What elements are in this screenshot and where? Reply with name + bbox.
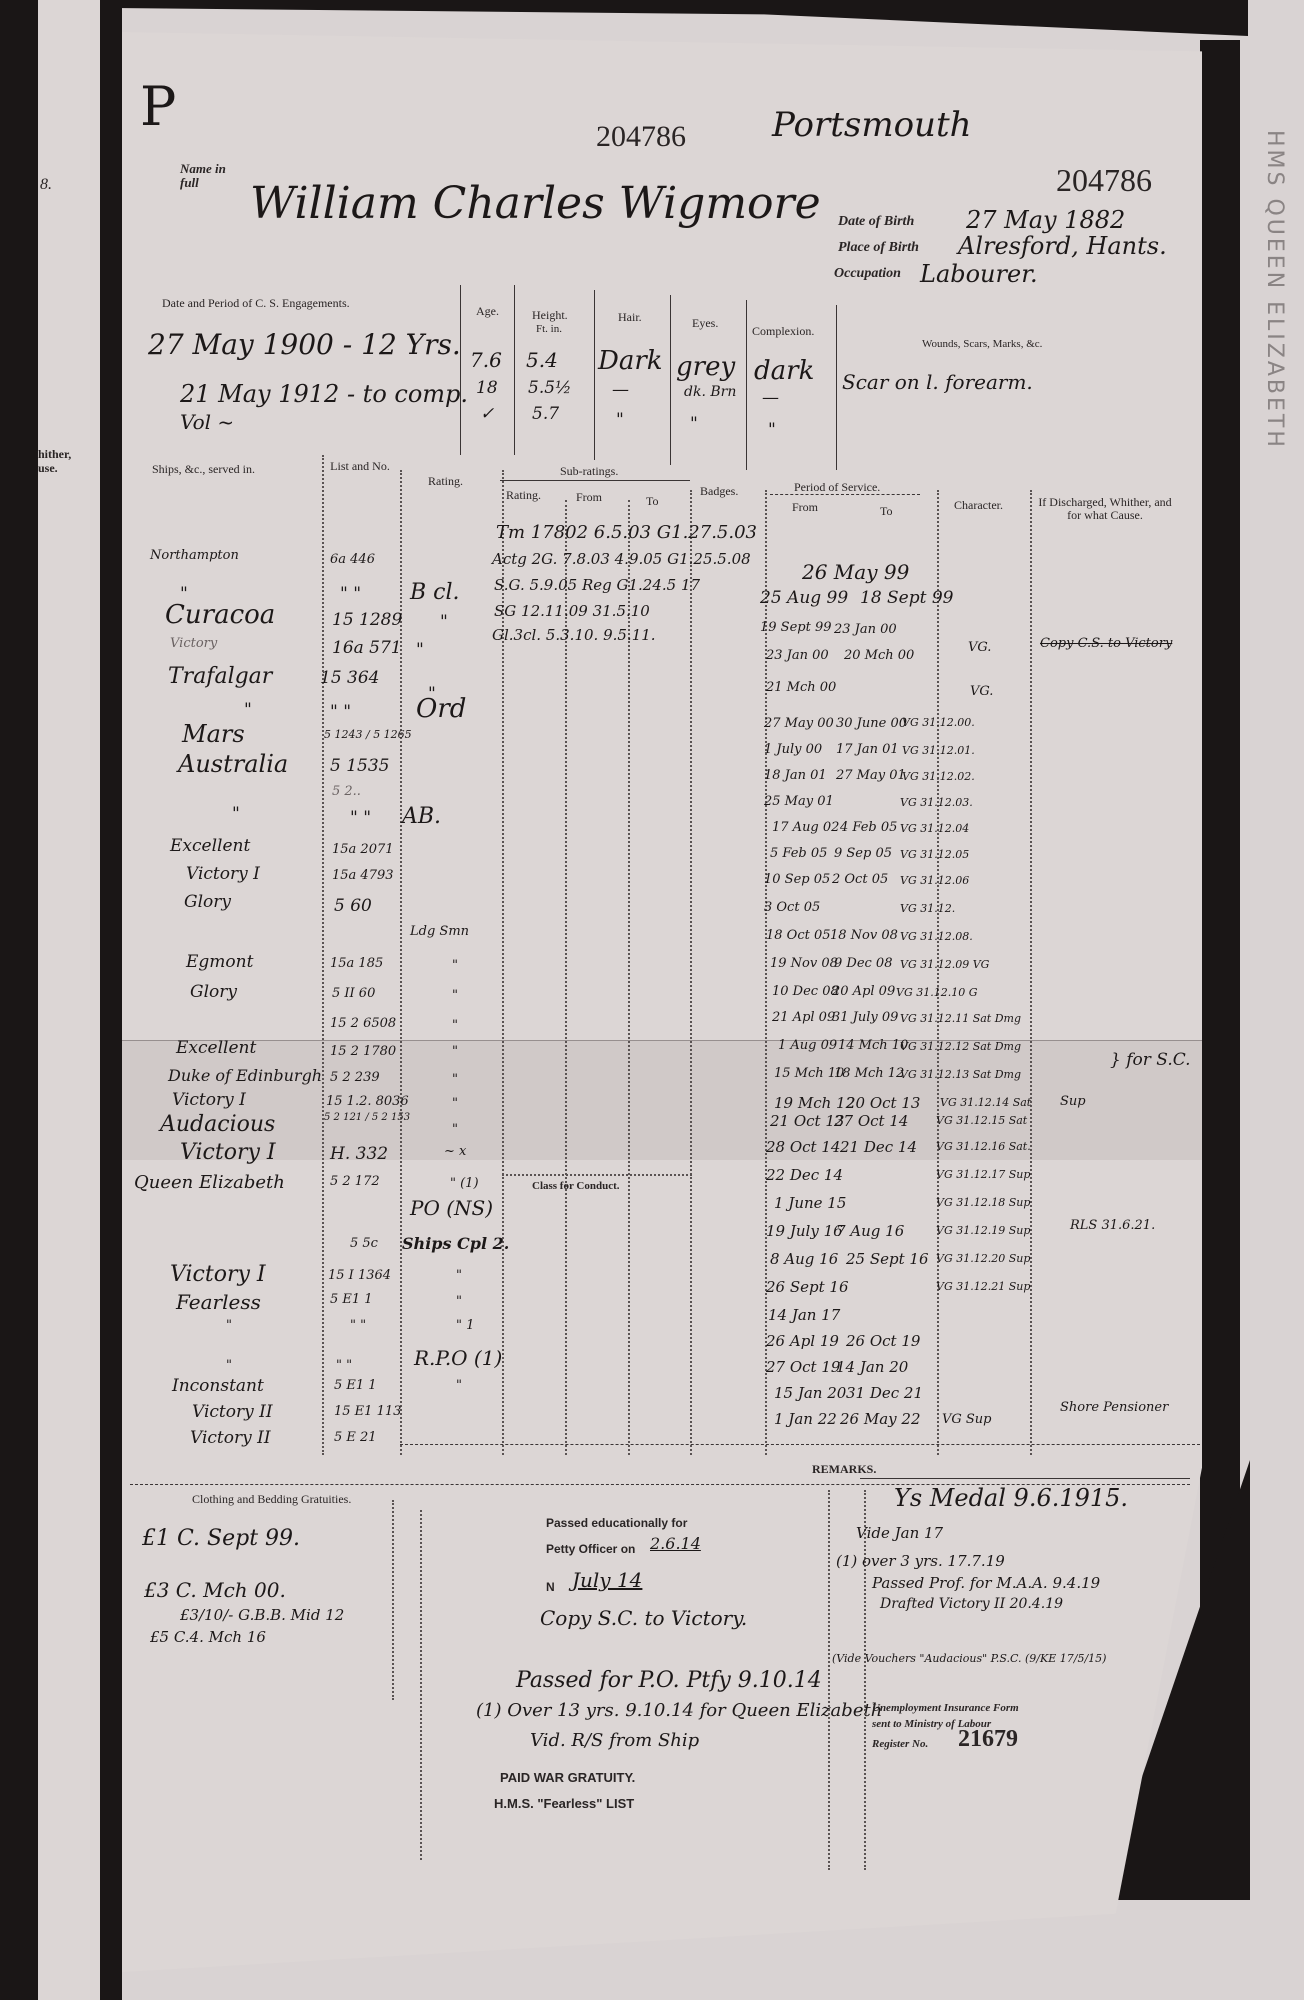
row-ship: " [226,1358,232,1373]
col-rule-badges [690,490,692,1455]
row-character: VG. [968,640,991,655]
conduct-box-rule [502,1174,692,1176]
row-to: 20 Oct 13 [846,1094,920,1112]
row-ship: Audacious [160,1112,275,1137]
row-to: 25 Sept 16 [846,1250,929,1268]
row-list: 15a 4793 [332,868,394,883]
row-ship: Fearless [176,1290,261,1314]
age-1: 7.6 [470,348,502,372]
row-list: 6a 446 [330,552,375,567]
row-from: 17 Aug 02 [772,820,839,835]
discharged-header: If Discharged, Whither, and for what Cau… [1030,496,1180,522]
sub-rating-col-header: Rating. [506,488,541,503]
list-no-header-text: List and No. [330,459,390,473]
row-rating: AB. [402,804,441,829]
row-character: VG 31.12.08. [900,930,973,943]
margin-ship-annotation: HMS QUEEN ELIZABETH [1262,130,1287,450]
row-character: VG 31.12.18 Sup [936,1196,1030,1209]
height-header: Height. [532,308,568,323]
list-no-header: List and No. [330,460,390,473]
row-remark: Shore Pensioner [1060,1400,1168,1415]
row-to: 20 Apl 09 [832,984,895,999]
row-to: 14 Jan 20 [836,1358,908,1376]
row-list: 15 E1 113 [334,1404,401,1419]
row-from: 10 Dec 08 [772,984,839,999]
row-ship: Australia [178,750,288,778]
col-rule-ships [322,455,324,1455]
eyes-header: Eyes. [692,316,718,331]
edu-line-2-value: 2.6.14 [650,1534,701,1553]
left-fragment-hither: hither, [38,447,71,462]
sub-ratings-rule [500,480,690,481]
row-ship: Victory I [186,864,260,884]
name-label-text: Name in full [180,161,226,190]
complexion-1: dark [754,356,814,386]
row-rating: Ships Cpl 2. [402,1234,509,1253]
row-list: " " [330,702,351,722]
left-fragment-use: use. [38,461,58,476]
gratuities-header: Clothing and Bedding Gratuities. [192,1492,351,1507]
row-from: 3 Oct 05 [764,900,820,915]
row-character: VG 31.12.01. [902,744,975,757]
remark-line-5: Drafted Victory II 20.4.19 [880,1596,1063,1612]
row-from: 27 Oct 19 [766,1358,840,1376]
row-character: VG 31.12.15 Sat [936,1114,1027,1127]
lower-col-rule [420,1510,422,1860]
eyes-1: grey [676,352,735,382]
row-ship: Victory [170,636,217,651]
row-to: 18 Nov 08 [830,928,898,943]
row-from: 10 Sep 05 [764,872,830,887]
edu-line-2-label: Petty Officer on [546,1542,635,1556]
row-rating: Ldg Smn [410,924,469,939]
row-rating: " [452,1122,458,1137]
complexion-3: " [768,420,776,440]
scan-border-top [38,0,1248,36]
name-label: Name in full [180,162,240,190]
row-from: 5 Feb 05 [770,846,827,861]
port-division: Portsmouth [772,105,972,145]
hair-1: Dark [598,346,663,376]
row-from: 18 Oct 05 [766,928,831,943]
row-character: VG 31.12.20 Sup [936,1252,1030,1265]
row-character: VG 31.12.02. [902,770,975,783]
row-from: 21 Apl 09 [772,1010,835,1025]
row-ship: Excellent [170,836,250,856]
copy-note: Copy S.C. to Victory. [540,1606,747,1630]
rating-header: Rating. [428,474,463,489]
sub-to-header: To [646,494,659,509]
period-to-header: To [880,504,893,519]
ships-header: Ships, &c., served in. [152,462,255,477]
row-rating: Ord [416,694,466,724]
row-list: " " [350,1318,366,1333]
row-rating: ~ x [444,1144,466,1159]
age-3: ✓ [480,404,494,424]
row-rating: " [452,988,458,1003]
row-list: 5 2.. [332,784,361,799]
row-rating: " (1) [450,1176,479,1191]
complexion-2: — [762,388,779,408]
row-to: 9 Sep 05 [834,846,892,861]
over-years-note: (1) Over 13 yrs. 9.10.14 for Queen Eliza… [476,1700,882,1721]
row-to: 18 Mch 12 [834,1066,904,1081]
sub-from-header: From [576,490,602,505]
sub-rating-3: S.G. 5.9.05 Reg G1.24.5 17 [494,576,700,594]
unemployment-line-1: Unemployment Insurance Form [872,1702,1019,1714]
row-list: 5 E 21 [334,1430,377,1445]
register-label: Register No. [872,1738,928,1750]
remarks-col-rule [828,1490,830,1870]
sub-rating-2: Actg 2G. 7.8.03 4.9.05 G1.25.5.08 [492,550,751,568]
row-from: 23 Jan 00 [766,648,829,663]
age-2: 18 [476,378,498,398]
row-list: 15a 185 [330,956,383,971]
row-list: 5 1243 / 5 1265 [324,728,412,741]
row-character: VG 31.12.21 Sup [936,1280,1030,1293]
row-list: 15 2 6508 [330,1016,396,1031]
pob-label: Place of Birth [838,240,919,256]
row-character: VG 31.12.13 Sat Dmg [900,1068,1021,1081]
table-bottom-rule [400,1444,1200,1445]
row-to: 26 May 99 [802,560,909,584]
row-rating: R.P.O (1) [414,1346,502,1370]
row-to: 27 May 01 [836,768,906,783]
row-ship: Excellent [176,1038,256,1058]
left-fragment-page [38,0,100,2000]
row-list: " " [350,808,371,828]
row-rating: " [440,612,448,632]
row-ship: Trafalgar [168,664,272,689]
eyes-3: " [690,414,698,434]
row-character: VG 31.12.06 [900,874,969,887]
period-header: Period of Service. [794,480,880,495]
remarks-rule [860,1478,1190,1479]
row-ship: " [244,700,252,720]
row-rating: " [456,1378,462,1393]
row-from: 26 Sept 16 [766,1278,849,1296]
row-list: H. 332 [330,1144,388,1164]
gratuity-line-2: £3 C. Mch 00. [144,1578,286,1602]
remark-line-3: (1) over 3 yrs. 17.7.19 [836,1552,1005,1570]
corner-mark: P [140,75,176,138]
row-character: VG. [970,684,993,699]
row-character: VG 31.12.03. [900,796,973,809]
row-from: 19 Sept 99 [760,620,832,635]
row-list: 15 2 1780 [330,1044,396,1059]
desc-divider [746,300,747,470]
row-list: " " [336,1358,352,1373]
row-ship: Egmont [186,952,253,972]
row-ship: Victory I [180,1140,276,1165]
row-list: 5 2 121 / 5 2 153 [324,1112,410,1123]
desc-divider [594,290,595,460]
row-character: VG 31.12.12 Sat Dmg [900,1040,1021,1053]
row-to: 2 Oct 05 [832,872,888,887]
row-list: 5 2 172 [330,1174,380,1189]
row-from: 25 May 01 [764,794,834,809]
row-rating: " [416,640,424,660]
scan-fold-strip [100,0,122,2000]
row-from: 18 Jan 01 [764,768,827,783]
sub-rating-4: SG 12.11.09 31.5.10 [494,602,650,620]
period-rule [770,494,920,495]
row-remark: } for S.C. [1110,1050,1191,1070]
row-from: 1 Jan 22 [774,1410,837,1428]
row-ship: Glory [190,982,237,1002]
row-character: VG 31.12. [900,902,955,915]
row-to: 27 Oct 14 [834,1112,908,1130]
row-list: 5 II 60 [332,986,375,1001]
row-rating: B cl. [410,580,460,605]
dob-value: 27 May 1882 [966,206,1125,234]
left-fragment-8: 8. [40,176,52,194]
row-to: 23 Jan 00 [834,622,897,637]
scan-border-left [0,0,38,2000]
row-to: 31 Dec 21 [846,1384,923,1402]
edu-line-1: Passed educationally for [546,1516,687,1530]
desc-divider [460,285,461,455]
row-ship: Victory II [190,1428,271,1448]
official-number-top: 204786 [596,120,686,154]
row-list: 15 1.2. 8036 [326,1094,409,1109]
official-number-right: 204786 [1056,162,1152,199]
passed-po-note: Passed for P.O. Ptfy 9.10.14 [516,1668,822,1693]
row-ship: Victory I [170,1262,266,1287]
discharged-header-text: If Discharged, Whither, and for what Cau… [1038,495,1171,522]
row-to: 31 July 09 [832,1010,898,1025]
row-character: VG 31.12.10 G [896,986,978,999]
row-ship: Queen Elizabeth [134,1172,285,1193]
row-list: 5 1535 [330,756,389,776]
hair-2: — [612,380,629,400]
row-ship: Glory [184,892,231,912]
row-to: 20 Mch 00 [844,648,914,663]
row-character: VG 31.12.14 Sat [940,1096,1031,1109]
remark-line-1: Ys Medal 9.6.1915. [894,1484,1128,1512]
row-character: VG 31.12.00. [902,716,975,729]
row-rating: " [452,1018,458,1033]
fold-shade [122,1040,1202,1160]
row-character: VG Sup [942,1412,992,1427]
row-ship: Mars [182,720,245,748]
desc-divider [836,305,837,470]
row-to: 7 Aug 16 [836,1222,904,1240]
row-ship: Inconstant [172,1376,264,1396]
height-1: 5.4 [526,348,558,372]
row-character: VG 31.12.11 Sat Dmg [900,1012,1021,1025]
row-from: 19 Nov 08 [770,956,838,971]
row-rating: " [452,1096,458,1111]
row-ship: " [232,804,240,824]
wounds-1: Scar on l. forearm. [842,370,1033,394]
row-from: 25 Aug 99 [760,588,848,608]
badges-header: Badges. [700,484,738,499]
remarks-col-rule [864,1490,866,1870]
row-ship: Victory II [192,1402,273,1422]
conduct-header: Class for Conduct. [532,1180,620,1192]
wounds-header: Wounds, Scars, Marks, &c. [922,338,1042,350]
row-rating: " [456,1268,462,1283]
row-list: 15 I 1364 [328,1268,391,1283]
row-rating: " [456,1294,462,1309]
hms-list-stamp: H.M.S. "Fearless" LIST [494,1796,634,1811]
row-from: 21 Mch 00 [766,680,836,695]
row-to: 9 Dec 08 [834,956,892,971]
row-from: 14 Jan 17 [768,1306,840,1324]
sub-ratings-header: Sub-ratings. [560,464,618,479]
gratuity-line-1: £1 C. Sept 99. [142,1526,300,1551]
complexion-header: Complexion. [752,324,814,339]
row-list: 5 5c [350,1236,378,1251]
row-from: 15 Jan 20 [774,1384,846,1402]
row-from: 19 July 16 [766,1222,843,1240]
row-to: 30 June 00 [836,716,907,731]
character-header: Character. [954,498,1003,513]
row-from: 1 July 00 [764,742,822,757]
age-header: Age. [476,304,499,319]
row-ship: Curacoa [165,600,275,630]
row-list: 15 364 [320,668,379,688]
row-from: 26 Apl 19 [766,1332,839,1350]
paid-gratuity-stamp: PAID WAR GRATUITY. [500,1770,635,1785]
edu-n-value: July 14 [572,1568,642,1592]
row-character: VG 31.12.17 Sup [936,1168,1030,1181]
row-remark: Copy C.S. to Victory [1040,636,1172,651]
lower-col-rule [392,1500,394,1700]
row-ship: Northampton [150,548,239,563]
hair-header: Hair. [618,310,642,325]
height-units: Ft. in. [536,323,562,335]
row-to: 26 May 22 [840,1410,921,1428]
row-ship: " [226,1318,232,1333]
period-from-header: From [792,500,818,515]
row-list: 5 E1 1 [330,1292,373,1307]
row-character: VG 31.12.05 [900,848,969,861]
row-to: 21 Dec 14 [840,1138,917,1156]
row-from: 1 Aug 09 [778,1038,837,1053]
row-list: 15a 2071 [332,842,394,857]
row-list: 5 60 [334,896,372,916]
occupation-label: Occupation [834,266,901,282]
row-from: 28 Oct 14 [766,1138,840,1156]
edu-n-label: N [546,1580,555,1594]
row-character: VG 31.12.09 VG [900,958,989,971]
register-value: 21679 [958,1726,1018,1753]
row-rating: " [452,958,458,973]
sub-rating-5: Gl.3cl. 5.3.10. 9.5.11. [492,626,656,644]
row-from: 8 Aug 16 [770,1250,838,1268]
row-ship: Victory I [172,1090,246,1110]
row-from: 27 May 00 [764,716,834,731]
engagements-header: Date and Period of C. S. Engagements. [162,296,350,311]
row-rating: " [452,1072,458,1087]
row-list: 5 2 239 [330,1070,380,1085]
occupation-value: Labourer. [920,260,1038,288]
remarks-header: REMARKS. [812,1462,876,1477]
row-ship: Duke of Edinburgh [168,1066,322,1085]
row-to: 14 Mch 10 [838,1038,908,1053]
row-rating: " [452,1044,458,1059]
remark-line-4: Passed Prof. for M.A.A. 9.4.19 [872,1574,1100,1592]
row-rating: PO (NS) [410,1196,493,1220]
row-list: " " [340,584,361,604]
row-list: 5 E1 1 [334,1378,377,1393]
engagement-line-3: Vol ~ [180,410,234,434]
dob-label: Date of Birth [838,214,914,230]
name-value: William Charles Wigmore [250,178,821,229]
row-list: 16a 571 [332,638,402,658]
col-rule-discharged [1030,490,1032,1455]
engagement-line-1: 27 May 1900 - 12 Yrs. [148,328,461,361]
row-to: 26 Oct 19 [846,1332,920,1350]
engagement-line-2: 21 May 1912 - to comp. [180,380,468,408]
row-character: VG 31.12.16 Sat. [936,1140,1031,1153]
row-rating: " 1 [456,1318,474,1333]
row-character: VG 31.12.04 [900,822,969,835]
eyes-2: dk. Brn [684,384,736,400]
gratuity-line-4: £5 C.4. Mch 16 [150,1628,266,1646]
desc-divider [670,295,671,465]
col-rule-character [937,490,939,1455]
pob-value: Alresford, Hants. [958,232,1167,260]
row-list: 15 1289 [332,610,402,630]
desc-divider [514,285,515,455]
row-remark: RLS 31.6.21. [1070,1218,1155,1233]
row-to: 4 Feb 05 [840,820,897,835]
vid-rs-note: Vid. R/S from Ship [530,1730,699,1751]
row-character: VG 31.12.19 Sup [936,1224,1030,1237]
gratuity-line-3: £3/10/- G.B.B. Mid 12 [180,1606,344,1624]
height-2: 5.5½ [528,378,572,398]
row-from: 22 Dec 14 [766,1166,843,1184]
row-to: 18 Sept 99 [860,588,954,608]
height-3: 5.7 [532,404,559,424]
vide-vouchers-note: (Vide Vouchers "Audacious" P.S.C. (9/KE … [832,1652,1106,1665]
row-from: 1 June 15 [774,1194,846,1212]
row-to: 17 Jan 01 [836,742,899,757]
hair-3: " [616,410,624,430]
row-remark: Sup [1060,1094,1086,1109]
remark-line-2: Vide Jan 17 [856,1524,943,1542]
sub-rating-1: Tm 17802 6.5.03 G1.27.5.03 [496,522,757,543]
row-from: 19 Mch 12 [774,1094,855,1112]
